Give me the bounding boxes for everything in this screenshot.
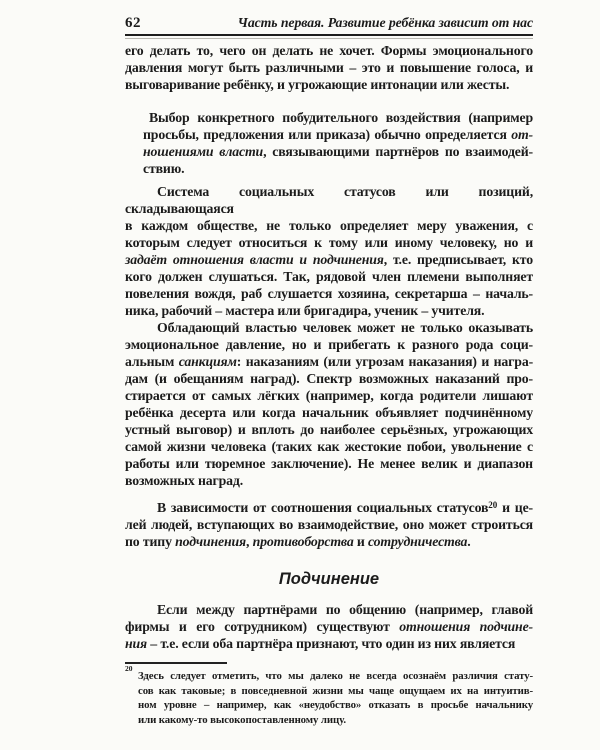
- text-run: работы или тюремное заключение). Не мене…: [125, 456, 533, 471]
- text-line: которым следует относиться к тому или ин…: [125, 234, 533, 251]
- text-line: эмоциональное давление, но и прибегать к…: [125, 336, 533, 353]
- emphasis-text: противоборства: [253, 534, 354, 549]
- paragraph: Обладающий властью человек может не толь…: [125, 319, 533, 489]
- footnote-text: Здесь следует отметить, что мы далеко не…: [125, 669, 533, 727]
- header-rule: [125, 34, 533, 36]
- paragraph: его делать то, чего он делать не хочет. …: [125, 42, 533, 93]
- text-run: Обладающий властью человек может не толь…: [157, 320, 533, 335]
- text-line: Система социальных статусов или позиций,…: [125, 183, 533, 217]
- text-run: Выбор конкретного побудительного воздейс…: [149, 110, 533, 125]
- text-line: ника, рабочий – мастера или бригадира, у…: [125, 302, 533, 319]
- emphasis-text: задаёт отношения власти и подчинения: [125, 252, 384, 267]
- page-number: 62: [125, 15, 141, 32]
- text-line: просьбы, предложения или приказа) обычно…: [143, 126, 533, 143]
- footnote-line: ном уровне – например, как «неудобство» …: [138, 698, 533, 713]
- text-line: стирается от самых лёгких (например, ког…: [125, 387, 533, 404]
- text-run: фирмы и его сотрудником) существуют: [125, 619, 399, 634]
- text-block: его делать то, чего он делать не хочет. …: [125, 42, 533, 727]
- paragraph: Система социальных статусов или позиций,…: [125, 183, 533, 319]
- text-line: ния – т.е. если оба партнёра признают, ч…: [125, 635, 533, 652]
- text-run: которым следует относиться к тому или ин…: [125, 235, 533, 250]
- paragraph: Выбор конкретного побудительного воздейс…: [143, 109, 533, 177]
- text-line: Обладающий властью человек может не толь…: [125, 319, 533, 336]
- text-run: лей людей, вступающих во взаимодействие,…: [125, 517, 533, 532]
- text-line: лей людей, вступающих во взаимодействие,…: [125, 516, 533, 533]
- text-run: : наказаниям (или угрозам наказания) и н…: [237, 354, 533, 369]
- text-line: альным санкциям: наказаниям (или угрозам…: [125, 353, 533, 370]
- emphasis-text: отношения подчине-: [399, 619, 533, 634]
- footnote-line: сов как таковые; в повседневной жизни мы…: [138, 684, 533, 699]
- text-line: самой жизни человека (таких как жестокие…: [125, 438, 533, 455]
- text-run: эмоциональное давление, но и прибегать к…: [125, 337, 533, 352]
- text-run: ствию.: [143, 161, 184, 176]
- emphasis-text: сотрудничества: [368, 534, 467, 549]
- footnote-rule: [125, 662, 227, 664]
- text-run: стирается от самых лёгких (например, ког…: [125, 388, 533, 403]
- text-run: по типу: [125, 534, 175, 549]
- text-run: , связывающими партнёров по взаимодей-: [263, 144, 533, 159]
- text-line: В зависимости от соотношения социальных …: [125, 499, 533, 516]
- text-run: устный выговор) и вплоть до наиболее сер…: [125, 422, 533, 437]
- text-run: кого должен слушаться. Так, рядовой член…: [125, 269, 533, 284]
- text-line: дам (и обещаниям наград). Спектр возможн…: [125, 370, 533, 387]
- body-text-lower: Если между партнёрами по общению (наприм…: [125, 601, 533, 652]
- text-line: ствию.: [143, 160, 533, 177]
- text-line: задаёт отношения власти и подчинения, т.…: [125, 251, 533, 268]
- footnote: 20 Здесь следует отметить, что мы далеко…: [125, 662, 533, 727]
- text-run: альным: [125, 354, 179, 369]
- text-run: самой жизни человека (таких как жестокие…: [125, 439, 533, 454]
- text-run: и: [354, 534, 368, 549]
- text-line: кого должен слушаться. Так, рядовой член…: [125, 268, 533, 285]
- text-line: в каждом обществе, не только определяет …: [125, 217, 533, 234]
- text-run: , т.е. предписывает, кто: [384, 252, 533, 267]
- text-line: ребёнка десерта или когда начальник объя…: [125, 404, 533, 421]
- emphasis-text: ношениями власти: [143, 144, 263, 159]
- text-line: возможных наград.: [125, 472, 533, 489]
- text-run: дам (и обещаниям наград). Спектр возможн…: [125, 371, 533, 386]
- text-line: давления могут быть различными – это и п…: [125, 59, 533, 76]
- emphasis-text: санкциям: [179, 354, 237, 369]
- text-run: ,: [246, 534, 253, 549]
- text-run: .: [467, 534, 470, 549]
- paragraph: Если между партнёрами по общению (наприм…: [125, 601, 533, 652]
- body-text-upper: его делать то, чего он делать не хочет. …: [125, 42, 533, 550]
- emphasis-text: ния: [125, 636, 147, 651]
- text-line: повеления вождя, раб слушается хозяина, …: [125, 285, 533, 302]
- text-run: ника, рабочий – мастера или бригадира, у…: [125, 303, 484, 318]
- text-line: Выбор конкретного побудительного воздейс…: [143, 109, 533, 126]
- page-header: 62 Часть первая. Развитие ребёнка зависи…: [125, 15, 533, 33]
- text-run: и це-: [497, 500, 533, 515]
- text-run: просьбы, предложения или приказа) обычно…: [143, 127, 511, 142]
- text-run: В зависимости от соотношения социальных …: [157, 500, 488, 515]
- text-run: повеления вождя, раб слушается хозяина, …: [125, 286, 533, 301]
- text-line: Если между партнёрами по общению (наприм…: [125, 601, 533, 618]
- text-run: давления могут быть различными – это и п…: [125, 60, 533, 75]
- text-run: выговаривание ребёнку, и угрожающие инто…: [125, 77, 509, 92]
- section-heading: Подчинение: [125, 569, 533, 589]
- text-line: работы или тюремное заключение). Не мене…: [125, 455, 533, 472]
- text-line: фирмы и его сотрудником) существуют отно…: [125, 618, 533, 635]
- emphasis-text: от-: [511, 127, 533, 142]
- book-page: 62 Часть первая. Развитие ребёнка зависи…: [0, 0, 600, 750]
- footnote-line: или какому-то высокопоставленному лицу.: [138, 713, 533, 728]
- text-run: возможных наград.: [125, 473, 243, 488]
- text-run: Если между партнёрами по общению (наприм…: [157, 602, 533, 617]
- emphasis-text: подчинения: [175, 534, 246, 549]
- text-line: по типу подчинения, противоборства и сот…: [125, 533, 533, 550]
- text-line: ношениями власти, связывающими партнёров…: [143, 143, 533, 160]
- text-run: его делать то, чего он делать не хочет. …: [125, 43, 533, 58]
- text-line: выговаривание ребёнку, и угрожающие инто…: [125, 76, 533, 93]
- paragraph: В зависимости от соотношения социальных …: [125, 499, 533, 550]
- text-line: устный выговор) и вплоть до наиболее сер…: [125, 421, 533, 438]
- text-run: Система социальных статусов или позиций,…: [125, 184, 533, 216]
- footnote-line: Здесь следует отметить, что мы далеко не…: [138, 669, 533, 684]
- text-line: его делать то, чего он делать не хочет. …: [125, 42, 533, 59]
- text-run: – т.е. если оба партнёра признают, что о…: [147, 636, 515, 651]
- running-title: Часть первая. Развитие ребёнка зависит о…: [238, 15, 533, 31]
- footnote-reference: 20: [488, 500, 497, 510]
- text-run: ребёнка десерта или когда начальник объя…: [125, 405, 533, 420]
- text-run: в каждом обществе, не только определяет …: [125, 218, 533, 233]
